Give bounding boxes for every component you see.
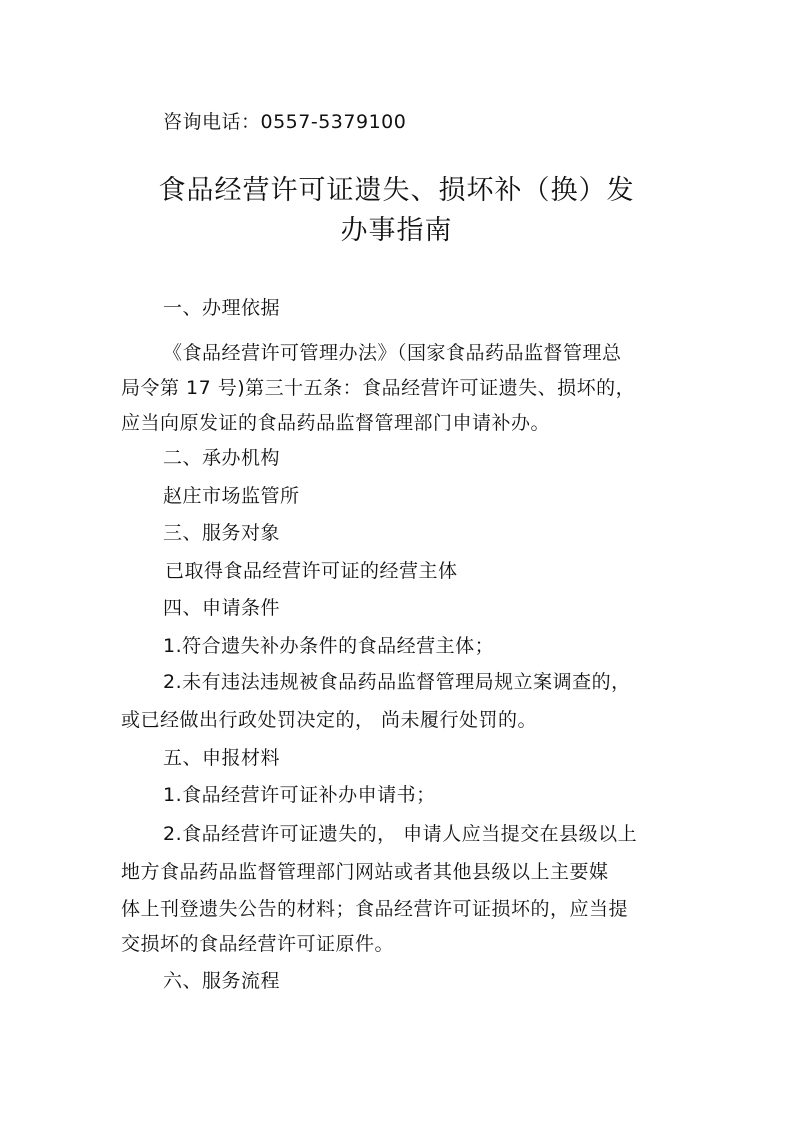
- paragraph-line: 赵庄市场监管所: [163, 484, 300, 508]
- section-heading-basis: 一、办理依据: [163, 296, 280, 320]
- paragraph-line: 局令第 17 号)第三十五条：食品经营许可证遗失、损坏的，: [121, 376, 635, 400]
- paragraph-line: 或已经做出行政处罚决定的， 尚未履行处罚的。: [121, 708, 537, 732]
- paragraph-line: 已取得食品经营许可证的经营主体: [165, 559, 458, 583]
- paragraph-line: 2.食品经营许可证遗失的， 申请人应当提交在县级以上: [163, 822, 637, 846]
- document-title-line-1: 食品经营许可证遗失、损坏补（换）发: [0, 174, 793, 208]
- paragraph-line: 1.符合遗失补办条件的食品经营主体；: [163, 634, 494, 658]
- paragraph-line: 应当向原发证的食品药品监督管理部门申请补办。: [121, 411, 550, 435]
- paragraph-line: 2.未有违法违规被食品药品监督管理局规立案调查的，: [163, 670, 631, 694]
- section-heading-service-target: 三、服务对象: [163, 521, 280, 545]
- paragraph-line: 地方食品药品监督管理部门网站或者其他县级以上主要媒: [121, 860, 609, 884]
- document-title-line-2: 办事指南: [0, 214, 793, 248]
- paragraph-line: 1.食品经营许可证补办申请书；: [163, 783, 436, 807]
- paragraph-line: 体上刊登遗失公告的材料；食品经营许可证损坏的，应当提: [121, 897, 628, 921]
- section-heading-materials: 五、申报材料: [163, 746, 280, 770]
- section-heading-conditions: 四、申请条件: [163, 596, 280, 620]
- section-heading-process: 六、服务流程: [163, 969, 280, 993]
- paragraph-line: 《食品经营许可管理办法》（国家食品药品监督管理总: [163, 341, 622, 365]
- section-heading-agency: 二、承办机构: [163, 446, 280, 470]
- paragraph-line: 交损坏的食品经营许可证原件。: [121, 932, 394, 956]
- contact-phone: 咨询电话：0557-5379100: [163, 110, 406, 134]
